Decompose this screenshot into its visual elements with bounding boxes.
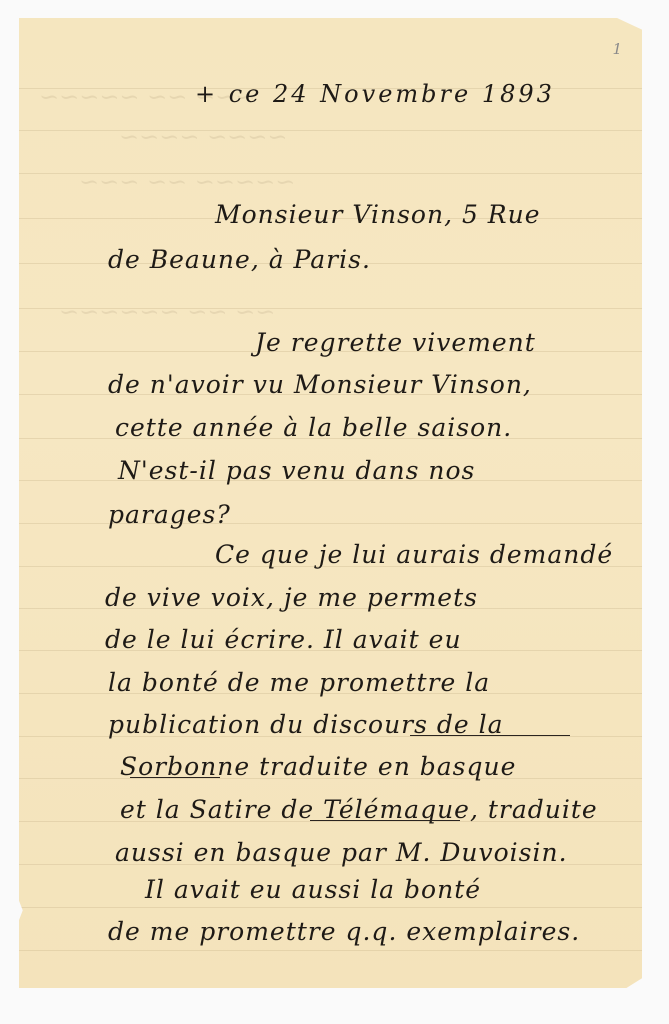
ink-bleed-through: ~~~~~ ~~ ~~~	[79, 168, 295, 196]
underline-mark	[130, 777, 220, 778]
body-line: cette année à la belle saison.	[115, 413, 512, 442]
body-line: de n'avoir vu Monsieur Vinson,	[108, 370, 532, 399]
body-line: parages?	[108, 500, 231, 529]
body-line: Je regrette vivement	[255, 328, 536, 357]
body-line: de le lui écrire. Il avait eu	[105, 625, 462, 654]
ink-bleed-through: ~~ ~~ ~~~~~~	[59, 298, 275, 326]
underline-mark	[410, 735, 570, 736]
body-line: de vive voix, je me permets	[105, 583, 478, 612]
page-number: 1	[612, 40, 622, 58]
ruled-line	[19, 907, 642, 908]
body-line: la bonté de me promettre la	[108, 668, 490, 697]
body-line: Il avait eu aussi la bonté	[145, 875, 481, 904]
ink-bleed-through: ~~~~ ~~~~	[119, 123, 288, 151]
ruled-line	[19, 950, 642, 951]
body-line: N'est-il pas venu dans nos	[118, 456, 475, 485]
body-line: Ce que je lui aurais demandé	[215, 540, 613, 569]
body-line: de me promettre q.q. exemplaires.	[108, 917, 580, 946]
address-line-1: Monsieur Vinson, 5 Rue	[215, 200, 541, 229]
body-line: aussi en basque par M. Duvoisin.	[115, 838, 568, 867]
date-line: + ce 24 Novembre 1893	[195, 80, 555, 108]
address-line-2: de Beaune, à Paris.	[108, 245, 371, 274]
underline-mark	[310, 820, 460, 821]
ruled-line	[19, 130, 642, 131]
